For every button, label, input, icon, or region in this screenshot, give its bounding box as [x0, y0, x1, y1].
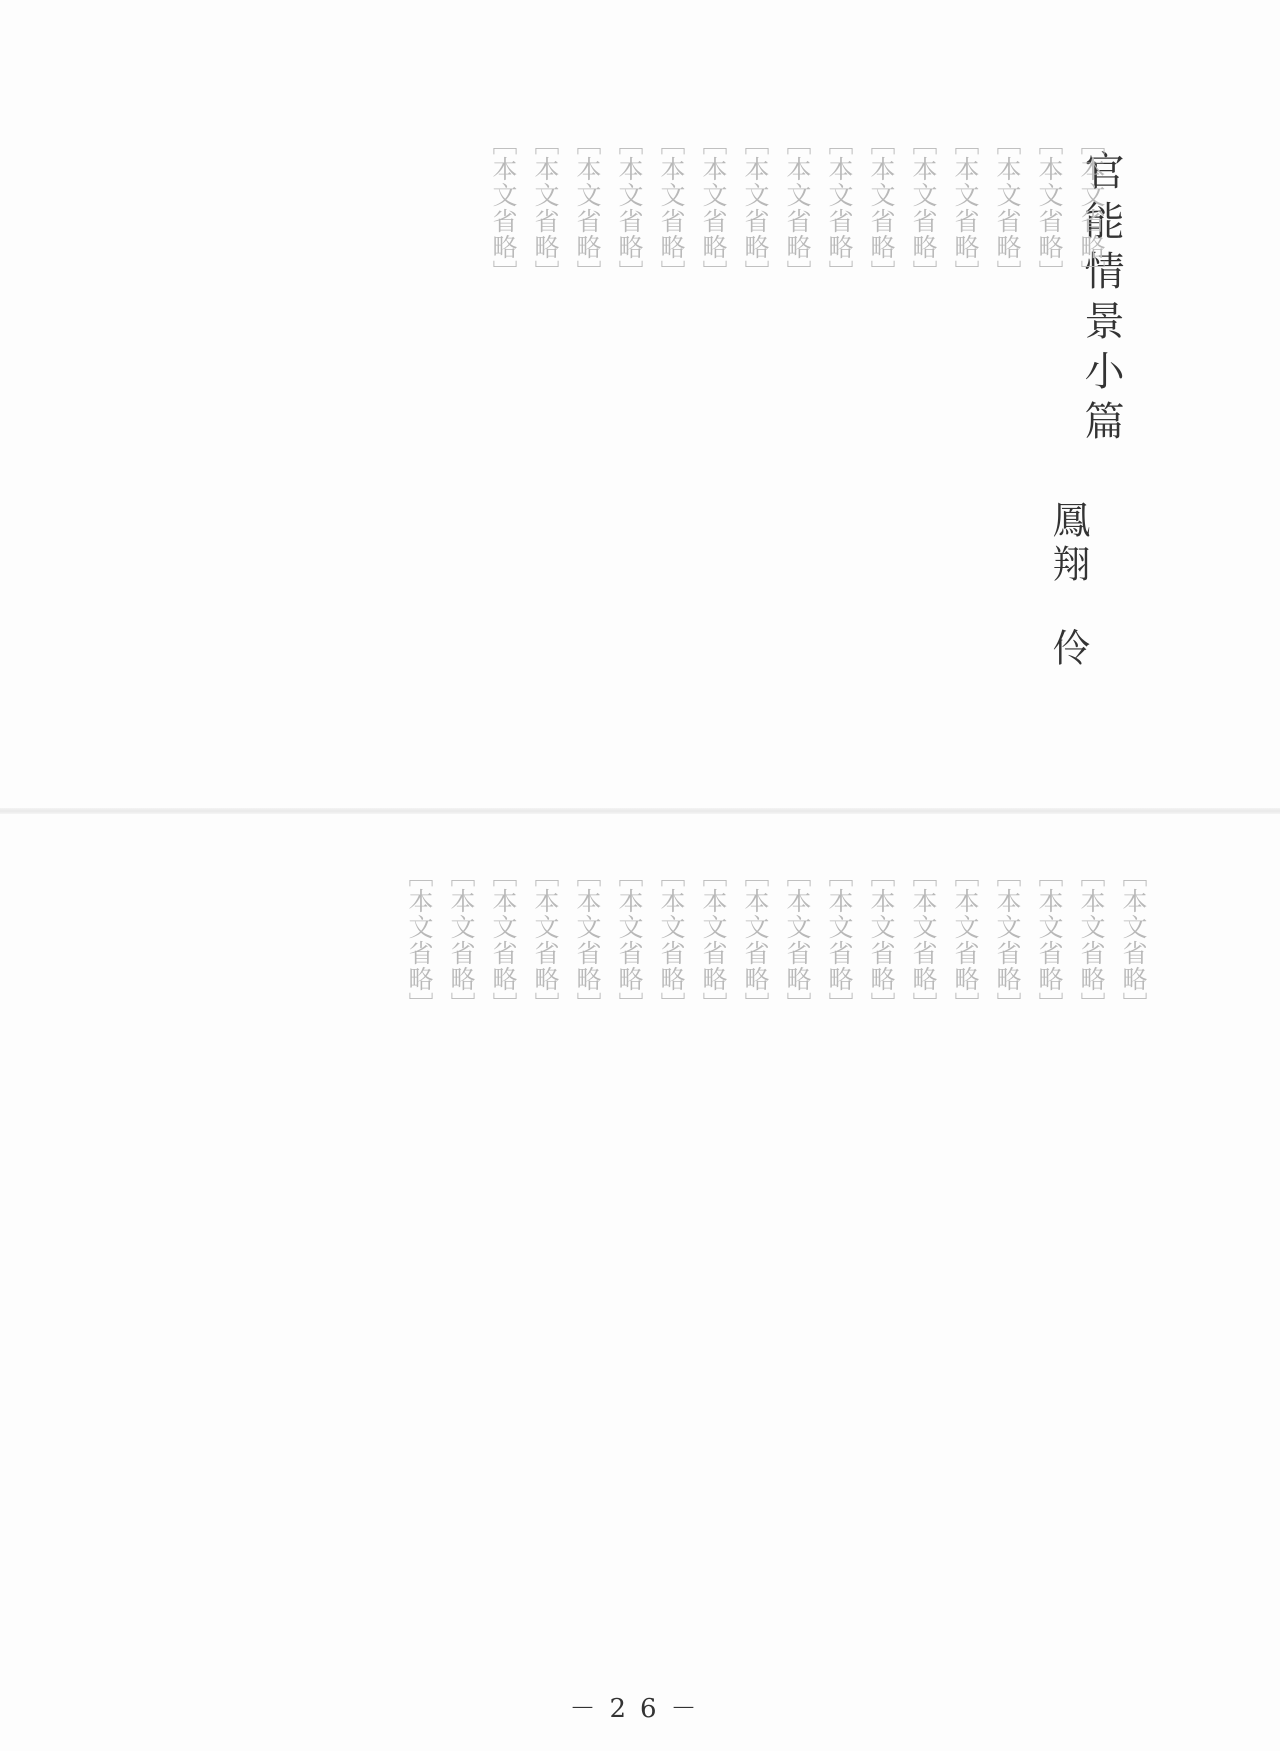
text-column: ［本文省略］	[650, 130, 692, 790]
text-column: ［本文省略］	[902, 862, 944, 1652]
text-column: ［本文省略］	[944, 130, 986, 790]
text-column: ［本文省略］	[650, 862, 692, 1652]
text-column: ［本文省略］	[566, 862, 608, 1652]
body-text-lower: ［本文省略］ ［本文省略］ ［本文省略］ ［本文省略］ ［本文省略］ ［本文省略…	[398, 862, 1154, 1652]
text-column: ［本文省略］	[482, 130, 524, 790]
text-column: ［本文省略］	[692, 130, 734, 790]
text-column: ［本文省略］	[608, 130, 650, 790]
text-column: ［本文省略］	[986, 130, 1028, 790]
text-column: ［本文省略］	[440, 862, 482, 1652]
text-column: ［本文省略］	[902, 130, 944, 790]
text-column: ［本文省略］	[524, 130, 566, 790]
text-column: ［本文省略］	[608, 862, 650, 1652]
text-column: ［本文省略］	[818, 130, 860, 790]
text-column: ［本文省略］	[692, 862, 734, 1652]
text-column: ［本文省略］	[944, 862, 986, 1652]
text-column: ［本文省略］	[1070, 862, 1112, 1652]
text-column: ［本文省略］	[734, 862, 776, 1652]
page-number: －26－	[0, 1688, 1280, 1725]
text-column: ［本文省略］	[1028, 130, 1070, 790]
text-column: ［本文省略］	[860, 130, 902, 790]
text-column: ［本文省略］	[1028, 862, 1070, 1652]
text-column: ［本文省略］	[776, 130, 818, 790]
text-column: ［本文省略］	[1112, 862, 1154, 1652]
text-column: ［本文省略］	[524, 862, 566, 1652]
scan-fold-line	[0, 808, 1280, 814]
text-column: ［本文省略］	[1070, 130, 1112, 790]
text-column: ［本文省略］	[398, 862, 440, 1652]
text-column: ［本文省略］	[776, 862, 818, 1652]
text-column: ［本文省略］	[566, 130, 608, 790]
text-column: ［本文省略］	[818, 862, 860, 1652]
text-column: ［本文省略］	[986, 862, 1028, 1652]
text-column: ［本文省略］	[734, 130, 776, 790]
text-column: ［本文省略］	[482, 862, 524, 1652]
text-column: ［本文省略］	[860, 862, 902, 1652]
body-text-upper: ［本文省略］ ［本文省略］ ［本文省略］ ［本文省略］ ［本文省略］ ［本文省略…	[482, 130, 1112, 790]
